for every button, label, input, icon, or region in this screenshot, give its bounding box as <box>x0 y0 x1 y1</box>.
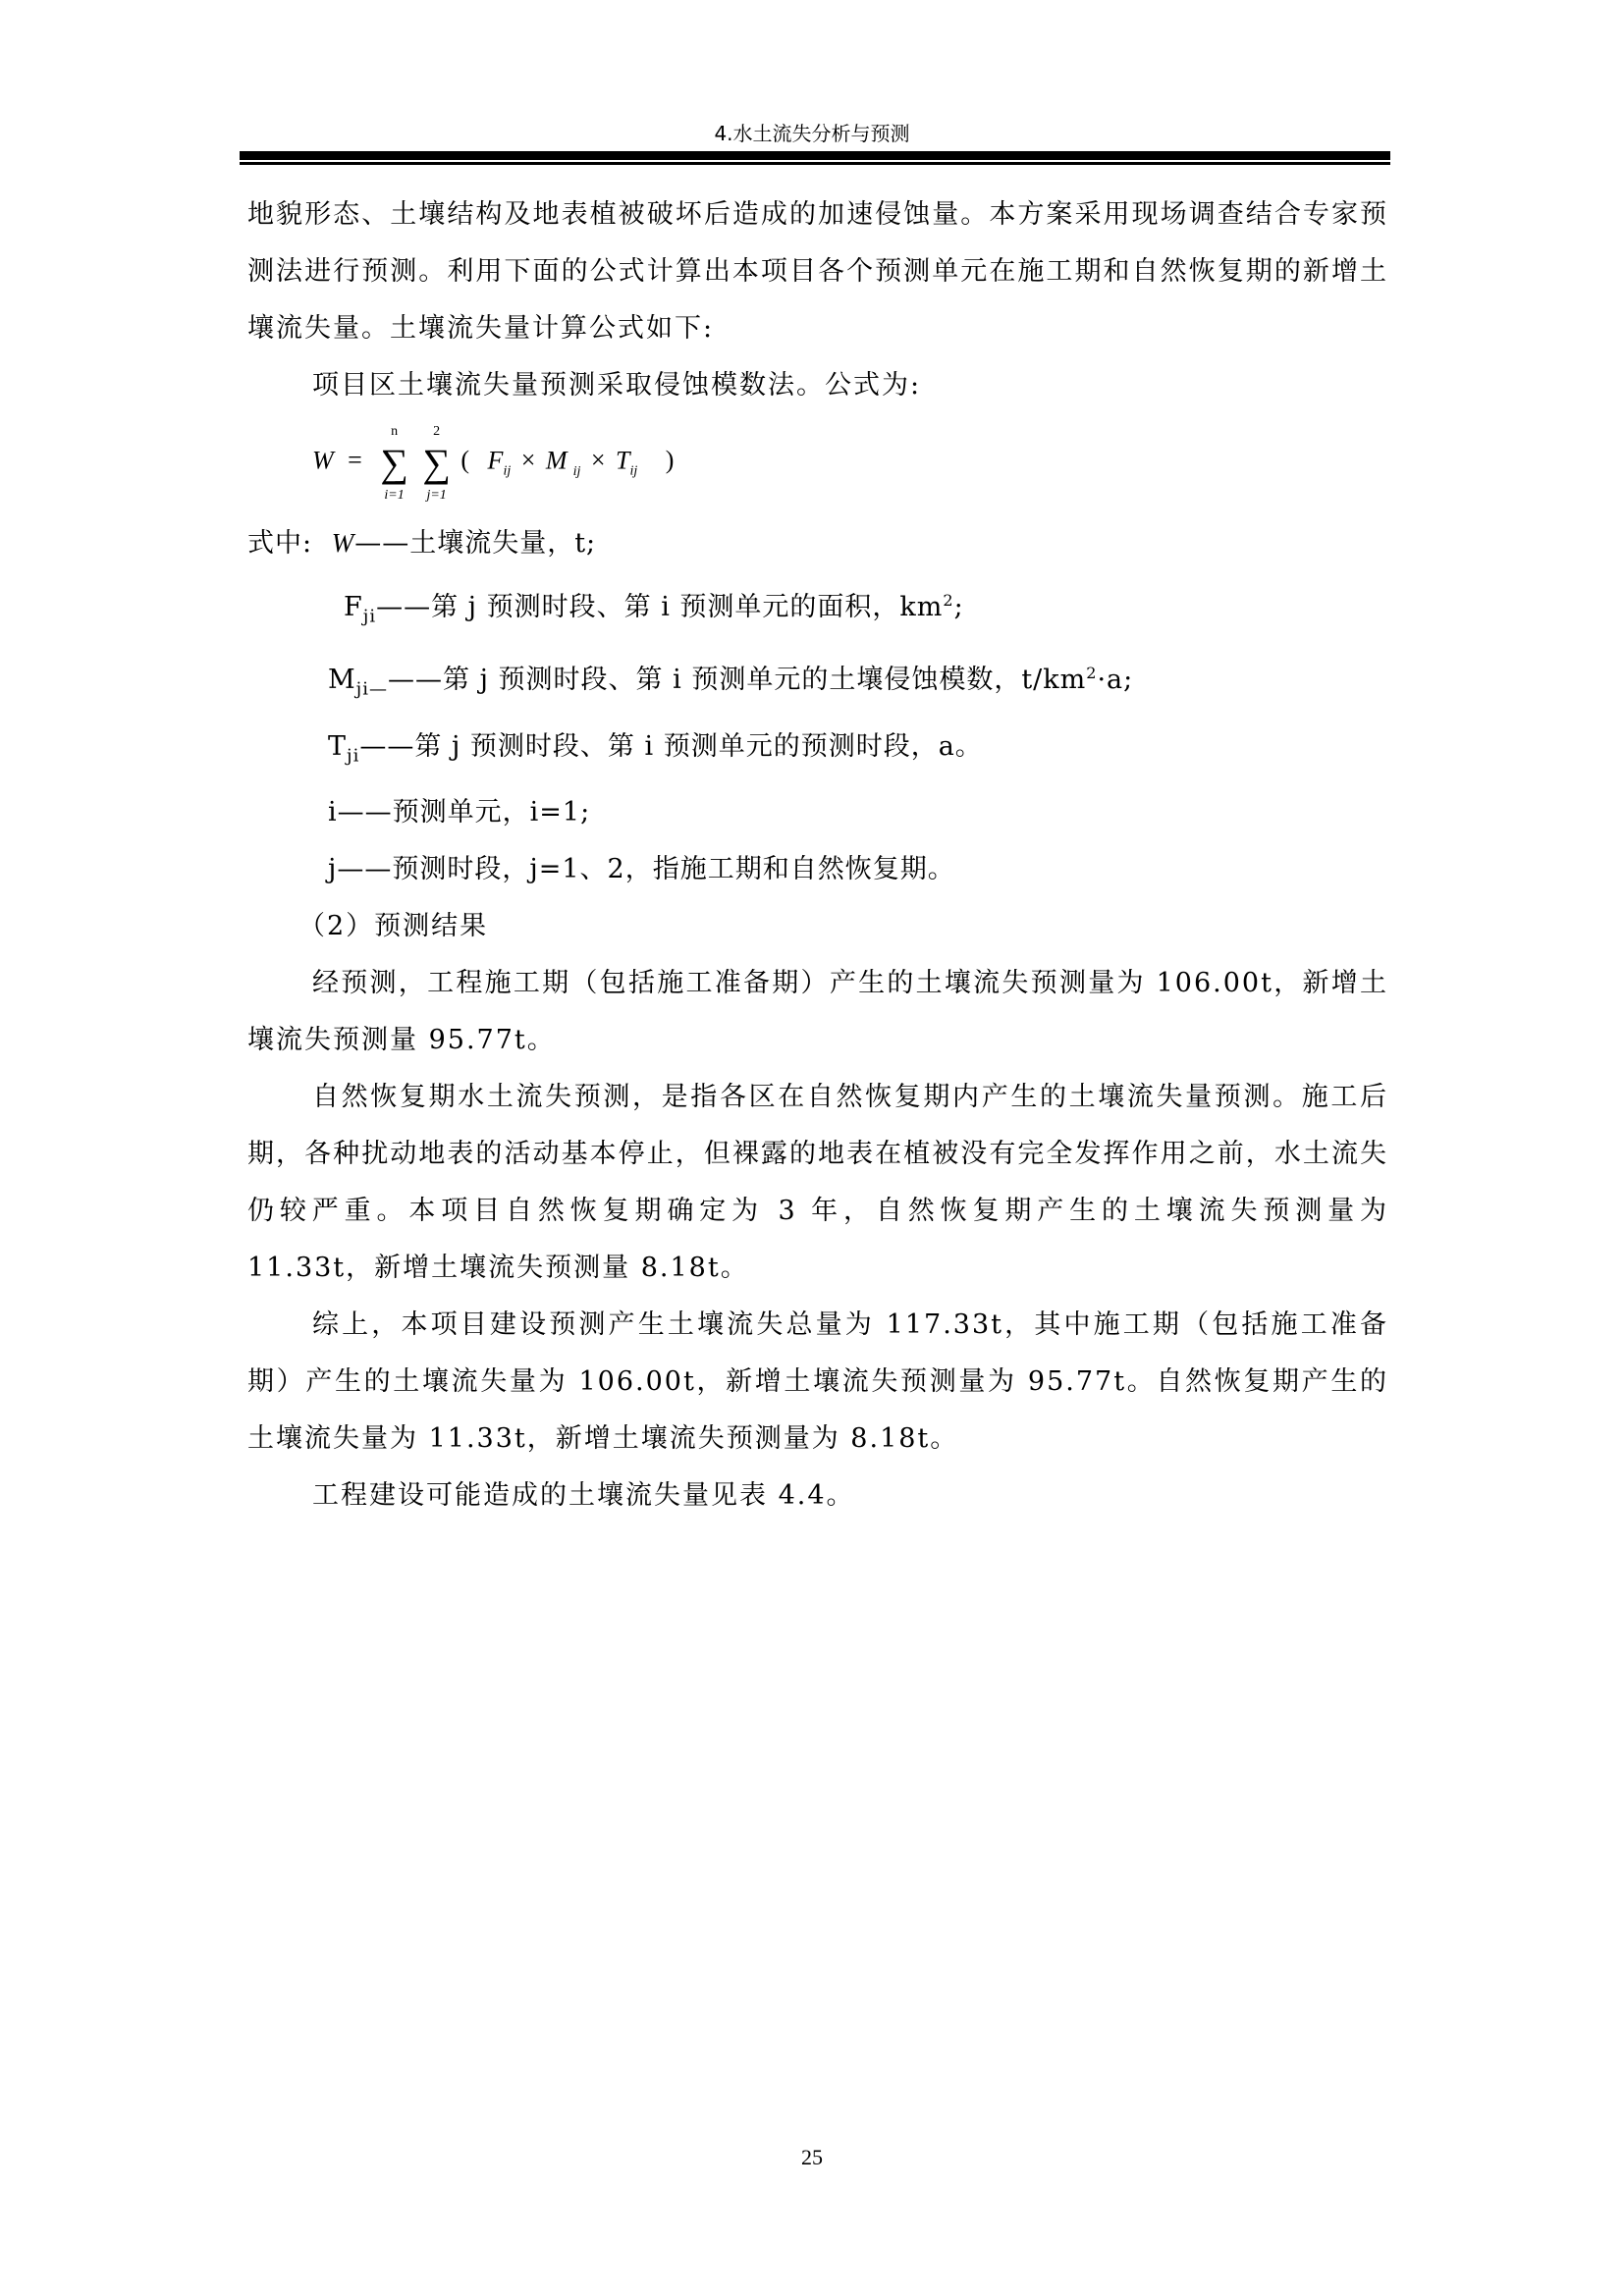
header-rule-thick <box>240 151 1390 160</box>
erosion-formula: W = n ∑ i=1 2 ∑ j=1 ( Fij × Mij × Tij ) <box>247 420 1388 514</box>
formula-equals: = <box>348 446 362 474</box>
sum-upper-2: 2 <box>422 424 451 440</box>
page-header-title: 4.水土流失分析与预测 <box>0 118 1624 146</box>
paragraph-construction-result: 经预测，工程施工期（包括施工准备期）产生的土壤流失预测量为 106.00t，新增… <box>247 955 1388 1069</box>
section-heading-results: （2）预测结果 <box>247 898 1388 955</box>
definition-i: i——预测单元，i=1; <box>247 784 1388 841</box>
paragraph-recovery-result: 自然恢复期水土流失预测，是指各区在自然恢复期内产生的土壤流失量预测。施工后期，各… <box>247 1069 1388 1297</box>
sum-symbol-i: n ∑ i=1 <box>380 440 408 486</box>
sum-symbol-j: 2 ∑ j=1 <box>422 440 451 486</box>
paragraph-formula-intro: 项目区土壤流失量预测采取侵蚀模数法。公式为: <box>247 357 1388 414</box>
page-body: 地貌形态、土壤结构及地表植被破坏后造成的加速侵蚀量。本方案采用现场调查结合专家预… <box>247 187 1388 1524</box>
sum-lower-j: j=1 <box>422 488 451 504</box>
paragraph-summary: 综上，本项目建设预测产生土壤流失总量为 117.33t，其中施工期（包括施工准备… <box>247 1297 1388 1468</box>
paragraph-method: 地貌形态、土壤结构及地表植被破坏后造成的加速侵蚀量。本方案采用现场调查结合专家预… <box>247 187 1388 357</box>
sum-upper-n: n <box>380 424 408 440</box>
formula-open-paren: ( <box>460 446 469 474</box>
formula-lhs: W <box>312 446 334 474</box>
definition-W: 式中: W——土壤流失量，t; <box>247 514 1388 572</box>
formula-close-paren: ) <box>666 446 675 474</box>
page-number: 25 <box>0 2145 1624 2170</box>
definition-M: Mji———第 j 预测时段、第 i 预测单元的土壤侵蚀模数，t/km2·a; <box>247 645 1388 718</box>
definition-j: j——预测时段，j=1、2，指施工期和自然恢复期。 <box>247 841 1388 898</box>
formula-M: M <box>546 446 568 474</box>
paragraph-table-reference: 工程建设可能造成的土壤流失量见表 4.4。 <box>247 1468 1388 1524</box>
formula-T: T <box>616 446 629 474</box>
definition-F: Fji——第 j 预测时段、第 i 预测单元的面积，km2; <box>247 572 1388 645</box>
sum-lower-i: i=1 <box>380 488 408 504</box>
definition-T: Tji——第 j 预测时段、第 i 预测单元的预测时段，a。 <box>247 719 1388 784</box>
formula-F: F <box>488 446 504 474</box>
header-rule-thin <box>240 162 1390 165</box>
